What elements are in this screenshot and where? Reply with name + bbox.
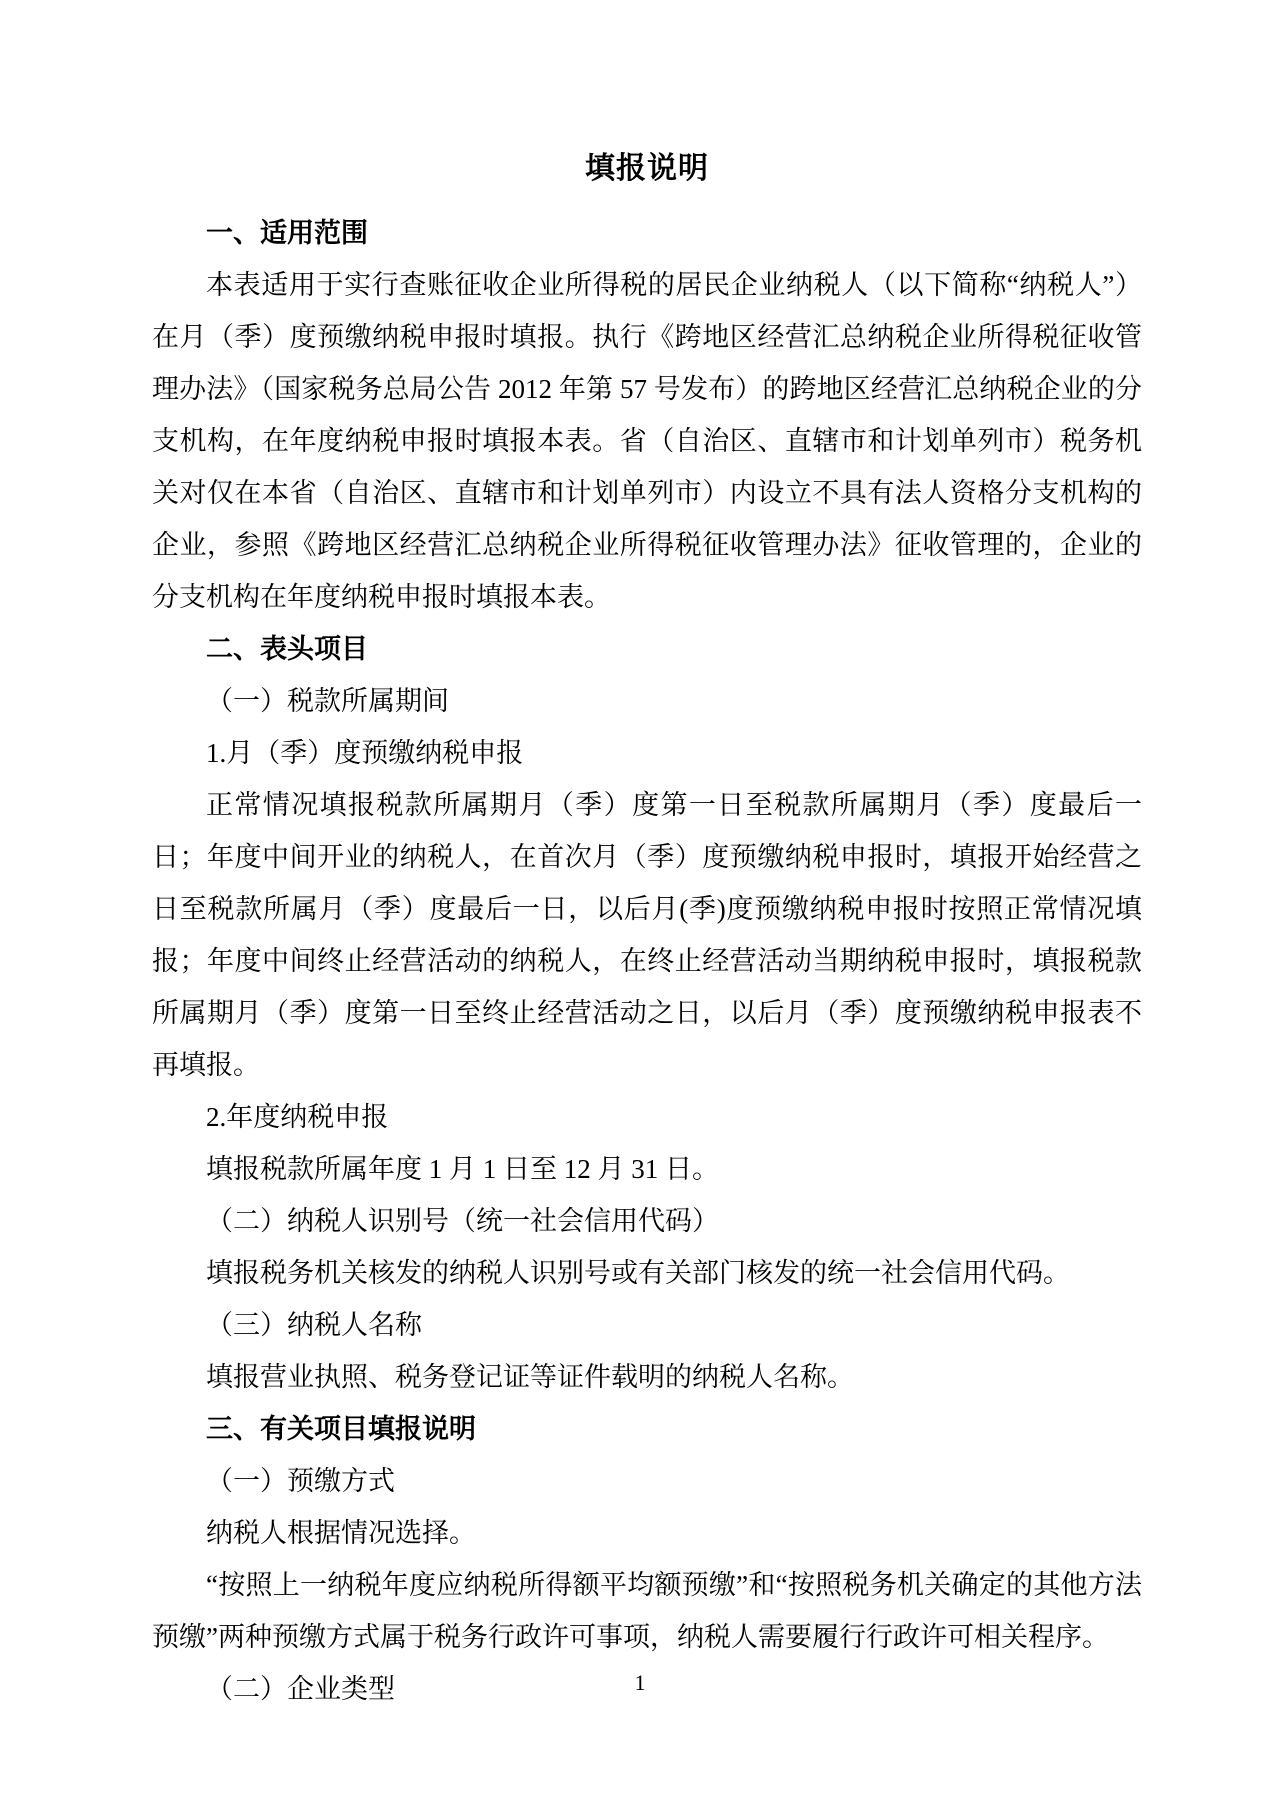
document-title: 填报说明 — [152, 145, 1142, 193]
section-heading-item-instructions: 三、有关项目填报说明 — [152, 1403, 1142, 1455]
subheading-monthly-quarterly-prepayment: 1.月（季）度预缴纳税申报 — [152, 727, 1142, 779]
subheading-prepayment-method: （一）预缴方式 — [152, 1455, 1142, 1507]
subheading-taxpayer-id: （二）纳税人识别号（统一社会信用代码） — [152, 1195, 1142, 1247]
section-heading-applicable-scope: 一、适用范围 — [152, 207, 1142, 259]
document-page: 填报说明 一、适用范围 本表适用于实行查账征收企业所得税的居民企业纳税人（以下简… — [0, 0, 1280, 1810]
paragraph-annual-declaration: 填报税款所属年度 1 月 1 日至 12 月 31 日。 — [152, 1143, 1142, 1195]
paragraph-taxpayer-id: 填报税务机关核发的纳税人识别号或有关部门核发的统一社会信用代码。 — [152, 1247, 1142, 1299]
page-number: 1 — [0, 1666, 1280, 1700]
paragraph-applicable-scope: 本表适用于实行查账征收企业所得税的居民企业纳税人（以下简称“纳税人”）在月（季）… — [152, 259, 1142, 623]
document-body: 一、适用范围 本表适用于实行查账征收企业所得税的居民企业纳税人（以下简称“纳税人… — [152, 207, 1142, 1715]
subheading-annual-declaration: 2.年度纳税申报 — [152, 1091, 1142, 1143]
paragraph-prepayment-method-choice: 纳税人根据情况选择。 — [152, 1507, 1142, 1559]
paragraph-taxpayer-name: 填报营业执照、税务登记证等证件载明的纳税人名称。 — [152, 1351, 1142, 1403]
paragraph-prepayment-method-license: “按照上一纳税年度应纳税所得额平均额预缴”和“按照税务机关确定的其他方法预缴”两… — [152, 1559, 1142, 1663]
section-heading-form-header-items: 二、表头项目 — [152, 623, 1142, 675]
subheading-taxpayer-name: （三）纳税人名称 — [152, 1299, 1142, 1351]
subheading-tax-period: （一）税款所属期间 — [152, 675, 1142, 727]
paragraph-monthly-quarterly-prepayment: 正常情况填报税款所属期月（季）度第一日至税款所属期月（季）度最后一日；年度中间开… — [152, 779, 1142, 1091]
